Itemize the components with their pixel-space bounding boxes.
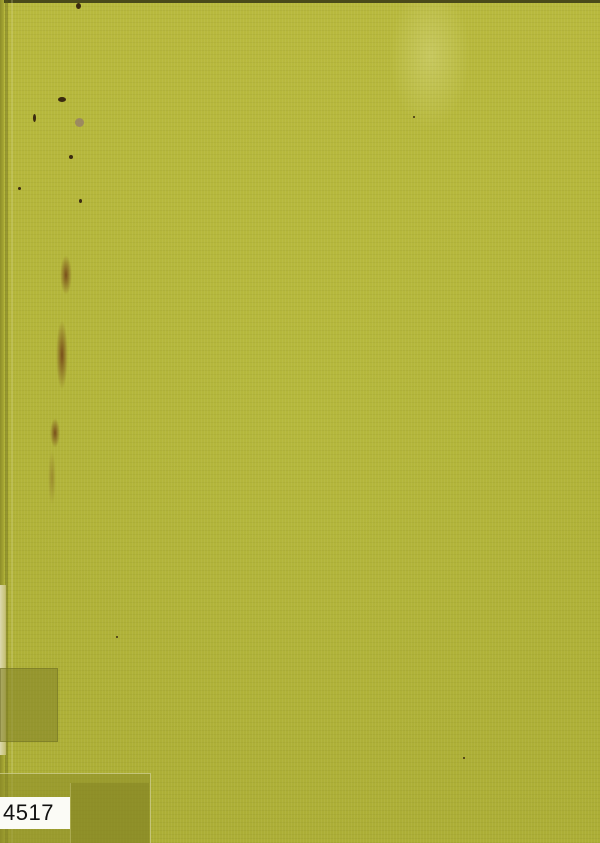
library-call-number-label: 4517 <box>0 797 70 829</box>
blemish-spot <box>79 199 82 203</box>
blemish-spot <box>18 187 21 190</box>
blemish-spot <box>69 155 73 159</box>
blemish-spot <box>75 118 84 127</box>
book-cover: 4517 <box>0 0 600 843</box>
cover-top-edge <box>0 0 600 3</box>
blemish-spot <box>33 114 36 122</box>
blemish-spot <box>76 3 81 9</box>
rust-stain <box>50 418 60 448</box>
blemish-spot <box>413 116 415 118</box>
blemish-spot <box>58 97 66 102</box>
tape-patch-bottom-inner <box>70 783 149 843</box>
rust-stain <box>56 320 68 390</box>
rust-stain <box>48 450 56 505</box>
blemish-spot <box>463 757 465 759</box>
blemish-spot <box>116 636 118 638</box>
rust-stain <box>60 255 72 295</box>
tape-patch <box>0 668 58 742</box>
